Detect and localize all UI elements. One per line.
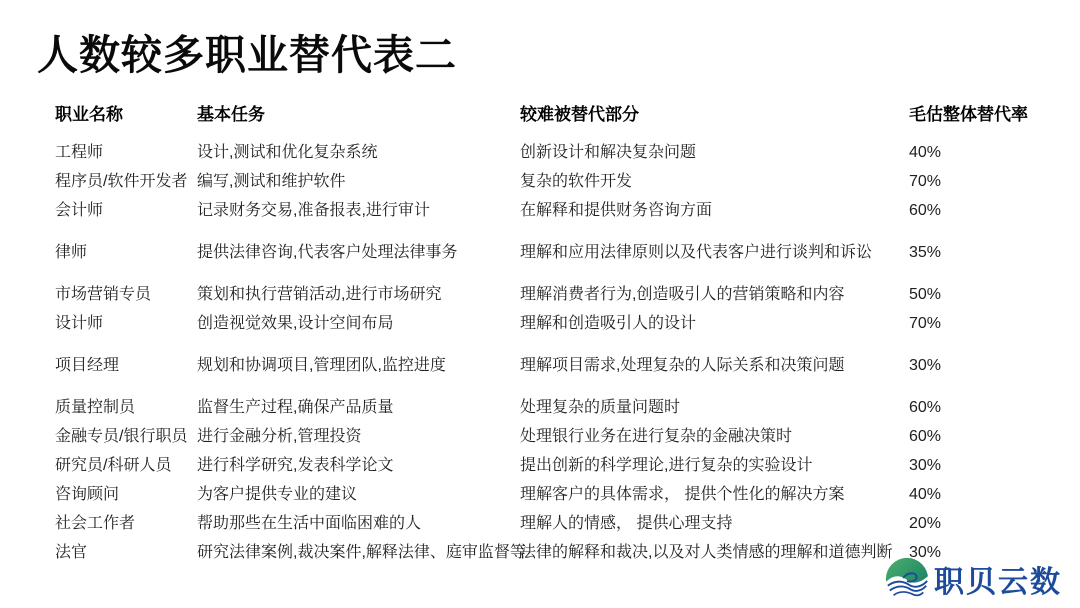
table-row: 项目经理规划和协调项目,管理团队,监控进度理解项目需求,处理复杂的人际关系和决策… <box>55 351 1065 380</box>
occupation-cell: 项目经理 <box>55 351 197 380</box>
table-row: 设计师创造视觉效果,设计空间布局理解和创造吸引人的设计70% <box>55 309 1065 338</box>
tasks-cell: 编写,测试和维护软件 <box>197 167 520 196</box>
wave-circle-icon <box>884 556 930 602</box>
brand-logo: 职贝云数 <box>884 556 1062 602</box>
occupation-cell: 会计师 <box>55 196 197 225</box>
hard-part-cell: 理解消费者行为,创造吸引人的营销策略和内容 <box>520 280 905 309</box>
rate-cell: 60% <box>905 422 1055 451</box>
header-occupation: 职业名称 <box>55 100 197 129</box>
hard-part-cell: 理解人的情感， 提供心理支持 <box>520 509 905 538</box>
hard-part-cell: 创新设计和解决复杂问题 <box>520 138 905 167</box>
tasks-cell: 创造视觉效果,设计空间布局 <box>197 309 520 338</box>
header-rate: 毛估整体替代率 <box>905 100 1055 129</box>
tasks-cell: 进行科学研究,发表科学论文 <box>197 451 520 480</box>
table-row: 金融专员/银行职员进行金融分析,管理投资处理银行业务在进行复杂的金融决策时60% <box>55 422 1065 451</box>
occupation-cell: 市场营销专员 <box>55 280 197 309</box>
occupation-cell: 质量控制员 <box>55 393 197 422</box>
tasks-cell: 策划和执行营销活动,进行市场研究 <box>197 280 520 309</box>
hard-part-cell: 法律的解释和裁决,以及对人类情感的理解和道德判断 <box>520 538 905 567</box>
hard-part-cell: 理解项目需求,处理复杂的人际关系和决策问题 <box>520 351 905 380</box>
hard-part-cell: 处理银行业务在进行复杂的金融决策时 <box>520 422 905 451</box>
table-row: 市场营销专员策划和执行营销活动,进行市场研究理解消费者行为,创造吸引人的营销策略… <box>55 280 1065 309</box>
tasks-cell: 规划和协调项目,管理团队,监控进度 <box>197 351 520 380</box>
table-row: 律师提供法律咨询,代表客户处理法律事务理解和应用法律原则以及代表客户进行谈判和诉… <box>55 238 1065 267</box>
occupation-cell: 法官 <box>55 538 197 567</box>
occupation-cell: 金融专员/银行职员 <box>55 422 197 451</box>
rate-cell: 70% <box>905 167 1055 196</box>
rate-cell: 30% <box>905 351 1055 380</box>
tasks-cell: 提供法律咨询,代表客户处理法律事务 <box>197 238 520 267</box>
rate-cell: 70% <box>905 309 1055 338</box>
table-row: 程序员/软件开发者编写,测试和维护软件复杂的软件开发70% <box>55 167 1065 196</box>
hard-part-cell: 理解和创造吸引人的设计 <box>520 309 905 338</box>
occupation-cell: 设计师 <box>55 309 197 338</box>
table-row: 社会工作者帮助那些在生活中面临困难的人理解人的情感， 提供心理支持20% <box>55 509 1065 538</box>
brand-name: 职贝云数 <box>934 557 1062 601</box>
header-tasks: 基本任务 <box>197 100 520 129</box>
table-row: 咨询顾问为客户提供专业的建议理解客户的具体需求， 提供个性化的解决方案40% <box>55 480 1065 509</box>
tasks-cell: 设计,测试和优化复杂系统 <box>197 138 520 167</box>
tasks-cell: 研究法律案例,裁决案件,解释法律、庭审监督等 <box>197 538 520 567</box>
occupation-cell: 社会工作者 <box>55 509 197 538</box>
tasks-cell: 进行金融分析,管理投资 <box>197 422 520 451</box>
occupation-cell: 程序员/软件开发者 <box>55 167 197 196</box>
occupation-cell: 律师 <box>55 238 197 267</box>
table-row: 会计师记录财务交易,准备报表,进行审计在解释和提供财务咨询方面60% <box>55 196 1065 225</box>
table-row: 研究员/科研人员进行科学研究,发表科学论文提出创新的科学理论,进行复杂的实验设计… <box>55 451 1065 480</box>
table-header-row: 职业名称 基本任务 较难被替代部分 毛估整体替代率 <box>55 100 1065 129</box>
hard-part-cell: 理解客户的具体需求， 提供个性化的解决方案 <box>520 480 905 509</box>
occupation-cell: 工程师 <box>55 138 197 167</box>
occupation-cell: 研究员/科研人员 <box>55 451 197 480</box>
rate-cell: 35% <box>905 238 1055 267</box>
table-row: 工程师设计,测试和优化复杂系统创新设计和解决复杂问题40% <box>55 138 1065 167</box>
tasks-cell: 记录财务交易,准备报表,进行审计 <box>197 196 520 225</box>
rate-cell: 40% <box>905 480 1055 509</box>
tasks-cell: 帮助那些在生活中面临困难的人 <box>197 509 520 538</box>
rate-cell: 30% <box>905 451 1055 480</box>
rate-cell: 40% <box>905 138 1055 167</box>
rate-cell: 60% <box>905 393 1055 422</box>
rate-cell: 20% <box>905 509 1055 538</box>
hard-part-cell: 在解释和提供财务咨询方面 <box>520 196 905 225</box>
table-row: 质量控制员监督生产过程,确保产品质量处理复杂的质量问题时60% <box>55 393 1065 422</box>
rate-cell: 50% <box>905 280 1055 309</box>
hard-part-cell: 处理复杂的质量问题时 <box>520 393 905 422</box>
table-body: 工程师设计,测试和优化复杂系统创新设计和解决复杂问题40%程序员/软件开发者编写… <box>55 138 1065 567</box>
occupation-table: 职业名称 基本任务 较难被替代部分 毛估整体替代率 工程师设计,测试和优化复杂系… <box>55 100 1065 567</box>
hard-part-cell: 复杂的软件开发 <box>520 167 905 196</box>
hard-part-cell: 提出创新的科学理论,进行复杂的实验设计 <box>520 451 905 480</box>
rate-cell: 60% <box>905 196 1055 225</box>
tasks-cell: 为客户提供专业的建议 <box>197 480 520 509</box>
tasks-cell: 监督生产过程,确保产品质量 <box>197 393 520 422</box>
page-title: 人数较多职业替代表二 <box>37 22 457 81</box>
hard-part-cell: 理解和应用法律原则以及代表客户进行谈判和诉讼 <box>520 238 905 267</box>
header-hard-part: 较难被替代部分 <box>520 100 905 129</box>
occupation-cell: 咨询顾问 <box>55 480 197 509</box>
